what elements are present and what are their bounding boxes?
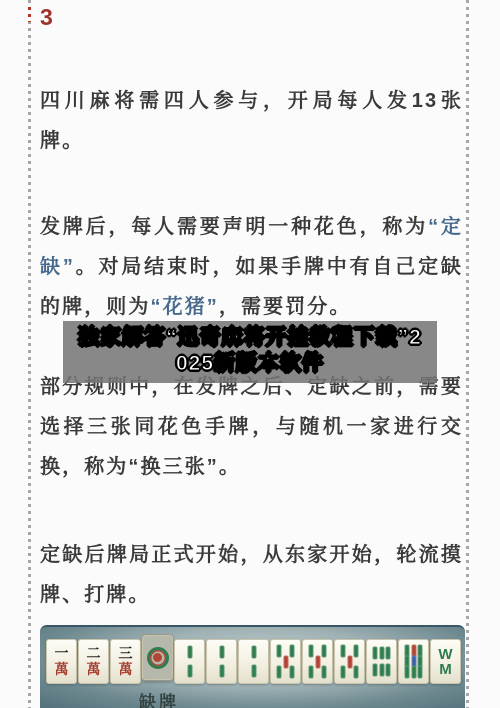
mahjong-hand-screenshot: 一萬二萬三萬WM 缺牌: [40, 625, 465, 708]
mahjong-tile-bamboo-5: [270, 639, 301, 684]
mahjong-tile-bamboo-2: [206, 639, 237, 684]
mahjong-tile-wan: 三萬: [110, 639, 141, 684]
left-dotted-border: [28, 0, 31, 708]
highlighted-term: “花猪”: [151, 296, 219, 318]
ad-overlay-banner[interactable]: 独家解答“迅奇麻将开挂教程下载”2 025新版本软件: [63, 321, 437, 383]
paragraph: 定缺后牌局正式开始，从东家开始，轮流摸牌、打牌。: [40, 535, 463, 615]
text-run: ，需要罚分。: [219, 296, 352, 318]
mahjong-tile-bamboo-6: [366, 639, 397, 684]
missing-suit-label: 缺牌: [139, 688, 179, 708]
mahjong-tile-wan: 二萬: [78, 639, 109, 684]
mahjong-tile-bamboo-5: [334, 639, 365, 684]
article-page: 3 四川麻将需四人参与，开局每人发13张牌。发牌后，每人需要声明一种花色，称为“…: [0, 0, 500, 708]
article-body: 四川麻将需四人参与，开局每人发13张牌。发牌后，每人需要声明一种花色，称为“定缺…: [40, 0, 463, 615]
paragraph: 发牌后，每人需要声明一种花色，称为“定缺”。对局结束时，如果手牌中有自己定缺的牌…: [40, 207, 463, 327]
red-border-accent: [28, 7, 31, 22]
paragraph: 四川麻将需四人参与，开局每人发13张牌。: [40, 81, 463, 161]
mahjong-tile-wan: 一萬: [46, 639, 77, 684]
mahjong-tile-bamboo-5: [302, 639, 333, 684]
mahjong-tile-bamboo-2: [238, 639, 269, 684]
ad-overlay-line: 独家解答“迅奇麻将开挂教程下载”2: [65, 325, 435, 351]
text-run: 发牌后，每人需要声明一种花色，称为: [40, 216, 428, 238]
mahjong-tile-bamboo-2: [174, 639, 205, 684]
text-run: 四川麻将需四人参与，开局每人发13张牌。: [40, 90, 463, 152]
tile-row: 一萬二萬三萬WM: [46, 639, 462, 684]
text-run: 部分规则中，在发牌之后、定缺之前，需要选择三张同花色手牌，与随机一家进行交换，称…: [40, 376, 463, 478]
ad-overlay-line: 025新版本软件: [65, 351, 435, 377]
circle-dot-icon: [147, 647, 169, 669]
mahjong-tile-dot: [142, 635, 173, 680]
text-run: 定缺后牌局正式开始，从东家开始，轮流摸牌、打牌。: [40, 544, 463, 606]
paragraph: 部分规则中，在发牌之后、定缺之前，需要选择三张同花色手牌，与随机一家进行交换，称…: [40, 367, 463, 487]
mahjong-tile-zigzag: WM: [430, 639, 461, 684]
mahjong-tile-bamboo-9: [398, 639, 429, 684]
right-dotted-border: [466, 0, 469, 708]
